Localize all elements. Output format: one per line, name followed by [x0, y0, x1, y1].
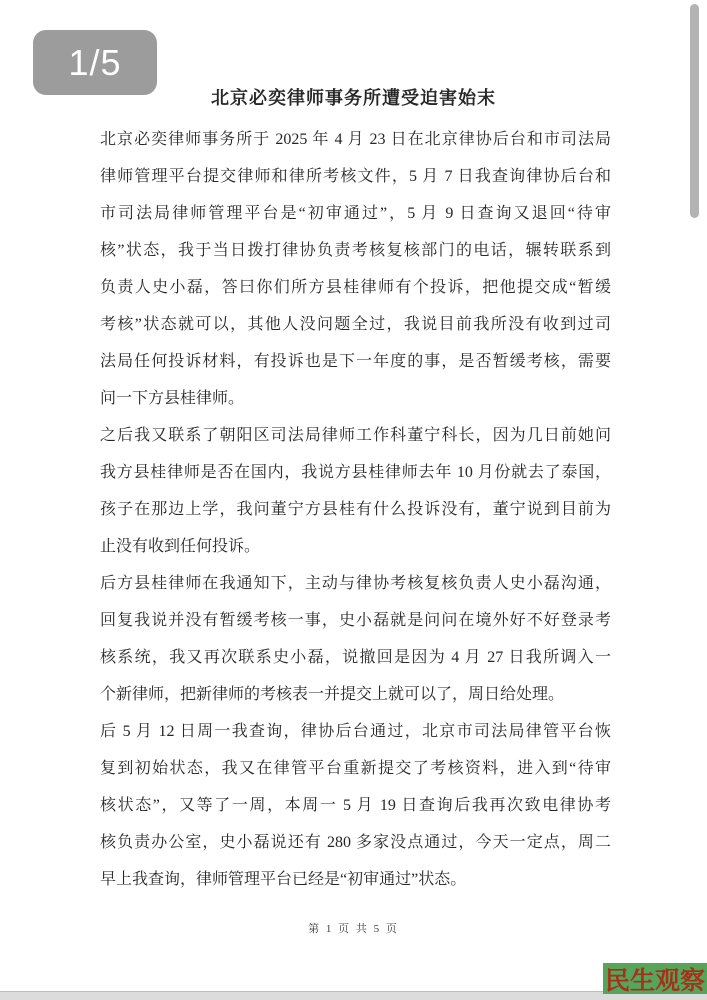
text-line: 北京必奕律师事务所于 2025 年 4 月 23 日在北京律协后台和市司法局	[100, 121, 611, 158]
text-line: 核状态”，又等了一周，本周一 5 月 19 日查询后我再次致电律协考	[100, 787, 611, 824]
text-line: 我方县桂律师是否在国内，我说方县桂律师去年 10 月份就去了泰国，	[100, 454, 611, 491]
text-line: 个新律师，把新律师的考核表一并提交上就可以了，周日给处理。	[100, 676, 611, 713]
text-line: 法局任何投诉材料，有投诉也是下一年度的事，是否暂缓考核，需要	[100, 343, 611, 380]
text-line: 问一下方县桂律师。	[100, 380, 611, 417]
text-line: 考核”状态就可以，其他人没问题全过，我说目前我所没有收到过司	[100, 306, 611, 343]
document-title: 北京必奕律师事务所遭受迫害始末	[0, 84, 707, 110]
text-line: 后方县桂律师在我通知下，主动与律协考核复核负责人史小磊沟通，	[100, 565, 611, 602]
horizontal-scrollbar-track[interactable]	[0, 991, 707, 1000]
document-page: 1/5 北京必奕律师事务所遭受迫害始末 北京必奕律师事务所于 2025 年 4 …	[0, 0, 707, 1000]
text-line: 止没有收到任何投诉。	[100, 528, 611, 565]
text-line: 核系统，我又再次联系史小磊，说撤回是因为 4 月 27 日我所调入一	[100, 639, 611, 676]
text-line: 市司法局律师管理平台是“初审通过”，5 月 9 日查询又退回“待审	[100, 195, 611, 232]
text-line: 之后我又联系了朝阳区司法局律师工作科董宁科长，因为几日前她问	[100, 417, 611, 454]
document-body: 北京必奕律师事务所于 2025 年 4 月 23 日在北京律协后台和市司法局律师…	[100, 121, 611, 898]
vertical-scrollbar-thumb[interactable]	[690, 4, 699, 218]
text-line: 复到初始状态，我又在律管平台重新提交了考核资料，进入到“待审	[100, 750, 611, 787]
watermark-badge: 民生观察	[603, 963, 707, 994]
text-line: 回复我说并没有暂缓考核一事，史小磊就是问问在境外好不好登录考	[100, 602, 611, 639]
text-line: 律师管理平台提交律师和律所考核文件，5 月 7 日我查询律协后台和	[100, 158, 611, 195]
text-line: 负责人史小磊，答曰你们所方县桂律师有个投诉，把他提交成“暂缓	[100, 269, 611, 306]
text-line: 早上我查询，律师管理平台已经是“初审通过”状态。	[100, 861, 611, 898]
text-line: 核”状态，我于当日拨打律协负责考核复核部门的电话，辗转联系到	[100, 232, 611, 269]
text-line: 后 5 月 12 日周一我查询，律协后台通过，北京市司法局律管平台恢	[100, 713, 611, 750]
page-footer: 第 1 页 共 5 页	[0, 920, 707, 936]
text-line: 核负责办公室，史小磊说还有 280 多家没点通过，今天一定点，周二	[100, 824, 611, 861]
text-line: 孩子在那边上学，我问董宁方县桂有什么投诉没有，董宁说到目前为	[100, 491, 611, 528]
